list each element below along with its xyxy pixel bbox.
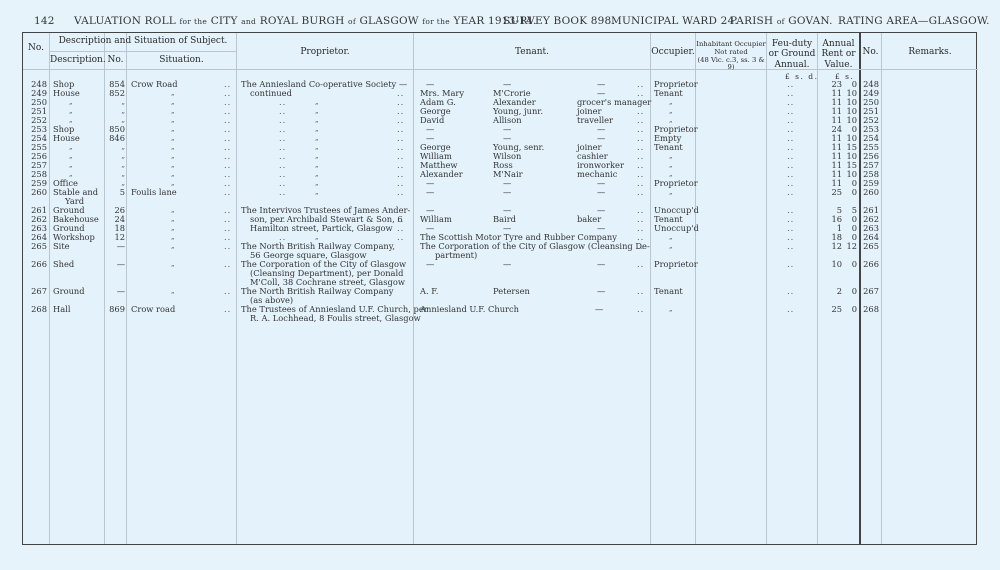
- description: „: [69, 152, 73, 161]
- occupier: „: [669, 305, 673, 314]
- situation: „: [171, 134, 175, 143]
- rent-pounds: 25: [820, 305, 842, 314]
- rent-shillings: 12: [841, 242, 857, 251]
- street-number: 852: [105, 89, 125, 98]
- situation: „: [171, 206, 175, 215]
- proprietor: „: [315, 116, 319, 125]
- situation: „: [171, 215, 175, 224]
- rule: [695, 33, 696, 544]
- rent-pounds: 25: [820, 188, 842, 197]
- col-header-sub-no: No.: [105, 55, 126, 65]
- proprietor: „: [315, 98, 319, 107]
- col-header-no-right: No.: [860, 47, 881, 57]
- description: „: [69, 161, 73, 170]
- tenant-first-name: —: [426, 188, 434, 197]
- leader-dots: ..: [224, 188, 231, 197]
- proprietor-cont: Hamilton street, Partick, Glasgow: [250, 224, 413, 233]
- rent-shillings: 0: [841, 260, 857, 269]
- occupier: „: [669, 188, 673, 197]
- tenant-first-name: William: [420, 215, 452, 224]
- col-header-description: Description.: [50, 55, 104, 65]
- street-number: —: [105, 260, 125, 269]
- leader-dots: ..: [224, 260, 231, 269]
- col-header-desc-group: Description and Situation of Subject.: [50, 36, 236, 46]
- rent-pounds: 10: [820, 260, 842, 269]
- occupier: „: [669, 161, 673, 170]
- occupier: „: [669, 98, 673, 107]
- tenant-occupation: —: [597, 188, 605, 197]
- proprietor: „: [315, 161, 319, 170]
- situation: „: [171, 260, 175, 269]
- rule: [817, 33, 818, 544]
- col-header-inhabitant: Inhabitant Occupier Not rated (48 Vic. c…: [696, 41, 766, 72]
- rating-area: RATING AREA—GLASGOW.: [838, 15, 990, 27]
- leader-dots: ..: [279, 188, 286, 197]
- tenant-surname: Petersen: [493, 287, 530, 296]
- entry-number-right: 266: [861, 260, 879, 269]
- feu-duty: ..: [787, 287, 794, 296]
- leader-dots: ..: [397, 188, 404, 197]
- situation: „: [171, 287, 175, 296]
- description: Ground: [53, 287, 85, 296]
- page-number: 142: [34, 15, 55, 27]
- situation: „: [171, 143, 175, 152]
- rule: [881, 33, 882, 544]
- proprietor: „: [315, 134, 319, 143]
- situation: „: [171, 224, 175, 233]
- situation: „: [171, 125, 175, 134]
- col-header-occupier: Occupier.: [651, 47, 695, 57]
- rule: [766, 33, 767, 544]
- page-header: 142 VALUATION ROLL for the CITY and ROYA…: [0, 15, 1000, 31]
- roll-title: VALUATION ROLL for the CITY and ROYAL BU…: [74, 15, 537, 27]
- entry-number-right: 260: [861, 188, 879, 197]
- proprietor: „: [315, 107, 319, 116]
- rule: [236, 33, 237, 544]
- proprietor: „: [315, 152, 319, 161]
- leader-dots: ..: [637, 188, 644, 197]
- situation: Crow Road: [131, 80, 178, 89]
- entry-number-right: 267: [861, 287, 879, 296]
- tenant-first-name: A. F.: [420, 287, 438, 296]
- feu-duty: ..: [787, 188, 794, 197]
- description: „: [69, 98, 73, 107]
- occupier: Proprietor: [654, 179, 698, 188]
- entry-number-right: 268: [861, 305, 879, 314]
- situation: „: [171, 116, 175, 125]
- occupier: „: [669, 233, 673, 242]
- rent-shillings: 0: [841, 287, 857, 296]
- leader-dots: ..: [224, 287, 231, 296]
- tenant-occupation: —: [597, 287, 605, 296]
- street-number: 869: [105, 305, 125, 314]
- rule: [650, 33, 651, 544]
- situation: „: [171, 161, 175, 170]
- tenant-first-name: —: [426, 260, 434, 269]
- occupier: Unoccup'd: [654, 224, 699, 233]
- street-number: 5: [105, 188, 125, 197]
- feu-duty: ..: [787, 242, 794, 251]
- entry-number: 265: [23, 242, 47, 251]
- street-number: „: [105, 170, 125, 179]
- leader-dots: ..: [637, 305, 644, 314]
- col-header-situation: Situation.: [127, 55, 236, 65]
- col-header-proprietor: Proprietor.: [237, 47, 413, 57]
- rent-shillings: 0: [841, 305, 857, 314]
- occupier: „: [669, 242, 673, 251]
- situation: „: [171, 107, 175, 116]
- tenant: Anniesland U.F. Church: [420, 305, 640, 314]
- occupier: Tenant: [654, 89, 683, 98]
- rent-pounds: 12: [820, 242, 842, 251]
- rule: [413, 33, 414, 544]
- occupier: „: [669, 107, 673, 116]
- leader-dots: ..: [637, 287, 644, 296]
- parish: PARISH of GOVAN.: [730, 15, 833, 27]
- municipal-ward: MUNICIPAL WARD 24.: [611, 15, 738, 27]
- entry-number: 266: [23, 260, 47, 269]
- description: Hall: [53, 305, 71, 314]
- description: „: [69, 143, 73, 152]
- col-header-remarks: Remarks.: [882, 47, 978, 57]
- rent-shillings: 0: [841, 188, 857, 197]
- description: House: [53, 89, 80, 98]
- proprietor: „: [315, 170, 319, 179]
- street-number: —: [105, 242, 125, 251]
- description: House: [53, 134, 80, 143]
- leader-dots: ..: [637, 242, 644, 251]
- col-header-feu-duty: Feu-duty or Ground Annual.: [767, 39, 817, 70]
- proprietor-cont: continued: [250, 89, 413, 98]
- tenant-cont: partment): [435, 251, 635, 260]
- leader-dots: ..: [224, 242, 231, 251]
- tenant-surname: —: [503, 188, 511, 197]
- tenant-occupation: —: [595, 305, 603, 314]
- proprietor-cont: R. A. Lochhead, 8 Foulis street, Glasgow: [250, 314, 413, 323]
- feu-duty: ..: [787, 260, 794, 269]
- valuation-table: No. Description and Situation of Subject…: [22, 32, 977, 545]
- occupier: Tenant: [654, 143, 683, 152]
- rule: [126, 33, 127, 544]
- entry-number: 260: [23, 188, 47, 197]
- leader-dots: ..: [637, 260, 644, 269]
- entry-number-right: 265: [861, 242, 879, 251]
- tenant-occupation: —: [597, 260, 605, 269]
- proprietor: „: [315, 143, 319, 152]
- proprietor: „: [315, 125, 319, 134]
- rule: [49, 33, 50, 544]
- situation: „: [171, 98, 175, 107]
- situation: „: [171, 152, 175, 161]
- leader-dots: ..: [224, 305, 231, 314]
- rule: [50, 51, 236, 52]
- description: Site: [53, 242, 70, 251]
- situation: „: [171, 89, 175, 98]
- entry-number: 267: [23, 287, 47, 296]
- col-header-annual-rent: Annual Rent or Value.: [818, 39, 859, 70]
- street-number: „: [105, 161, 125, 170]
- proprietor: „: [315, 179, 319, 188]
- occupier: „: [669, 152, 673, 161]
- street-number: „: [105, 98, 125, 107]
- leader-dots: ..: [397, 233, 404, 242]
- situation: Crow road: [131, 305, 175, 314]
- street-number: „: [105, 143, 125, 152]
- street-number: —: [105, 287, 125, 296]
- proprietor: „: [315, 188, 319, 197]
- street-number: „: [105, 107, 125, 116]
- tenant-occupation: traveller: [577, 116, 613, 125]
- feu-duty: ..: [787, 305, 794, 314]
- col-header-tenant: Tenant.: [414, 47, 650, 57]
- description: Shed: [53, 260, 74, 269]
- street-number: 846: [105, 134, 125, 143]
- situation: „: [171, 242, 175, 251]
- situation: Foulis lane: [131, 188, 177, 197]
- situation: „: [171, 170, 175, 179]
- occupier: Proprietor: [654, 260, 698, 269]
- occupier: Tenant: [654, 287, 683, 296]
- description: „: [69, 107, 73, 116]
- col-header-no: No.: [23, 43, 49, 53]
- street-number: „: [105, 152, 125, 161]
- entry-number: 268: [23, 305, 47, 314]
- survey-book: SURVEY BOOK 898.: [503, 15, 615, 27]
- rent-pounds: 2: [820, 287, 842, 296]
- situation: „: [171, 233, 175, 242]
- tenant-surname: —: [503, 260, 511, 269]
